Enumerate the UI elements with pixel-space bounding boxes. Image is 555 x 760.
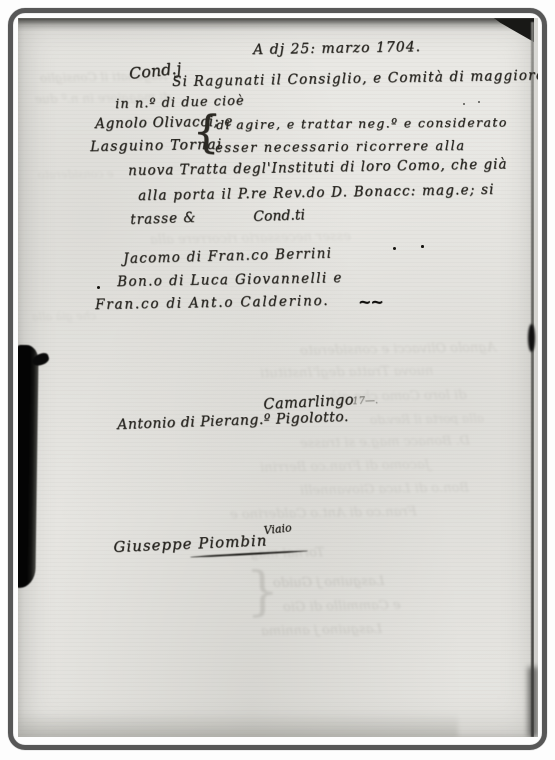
vicio-heading: Viaio — [263, 521, 292, 537]
ink-dot — [463, 103, 465, 105]
left-binding-mark — [18, 345, 39, 588]
elected-name-1: Jacomo di Fran.co Berrini — [123, 246, 332, 267]
bleedthrough-line: Fran.co di Ant.o Calderino e — [230, 504, 417, 522]
bleedthrough-line: Jacomo di Fran.co Berrini — [260, 458, 430, 476]
bleedthrough-line: e Cammillo di Gio — [283, 598, 401, 615]
ink-dot — [478, 101, 480, 103]
manuscript-scan: Ragunati il Consiglio di maggiore in n.º… — [18, 18, 538, 737]
date-heading: A dj 25: marzo 1704. — [253, 39, 421, 58]
page-right-edge-strip — [534, 18, 538, 737]
bleedthrough-line: Lasguino j Guido — [273, 574, 385, 591]
deliberant-name-2: Lasguino Tornai — [90, 137, 223, 155]
right-edge-ink-blob — [528, 324, 535, 352]
camarlingo-faint-note: 17—. — [352, 395, 378, 407]
opening-line-2: in n.º di due cioè — [115, 94, 245, 112]
bleedthrough-line: Agnolo Olivacci e considerato — [300, 340, 496, 358]
ink-dot — [393, 247, 396, 250]
cond-abbreviation-2: Cond.ti — [253, 207, 305, 225]
deliberation-cont-2: alla porta il P.re Rev.do D. Bonacc: mag… — [138, 182, 495, 204]
scan-bottom-haze — [18, 713, 458, 737]
bleedthrough-line: nuova Tratta degl'Instituti — [260, 363, 434, 381]
bleedthrough-line: D. Bonacc mag.e si trasse — [300, 434, 470, 452]
deliberation-right-1: di agire, e trattar neg.º e considerato — [216, 114, 508, 132]
bleedthrough-line: che già alla — [32, 309, 96, 323]
bleedthrough-brace: { — [245, 562, 279, 623]
opening-line-1: Si Ragunati il Consiglio, e Comità di ma… — [172, 67, 538, 90]
bleedthrough-line: alla porta il Rev.do — [370, 411, 484, 427]
camarlingo-name: Antonio di Pierang.º Pigolotto. — [117, 409, 349, 433]
ink-dot — [97, 286, 100, 289]
scan-top-shadow — [18, 18, 538, 31]
trasse-line: trasse & — [130, 210, 197, 228]
bleedthrough-line: Bon.o di Luca Giovannelli — [300, 481, 469, 499]
deliberation-right-2: esser necessario ricorrere alla — [215, 139, 466, 156]
heavy-ink-strokes: ~~ — [358, 292, 383, 311]
bleedthrough-line: Lasguino j annima — [261, 622, 382, 639]
bleedthrough-line: e considerato — [38, 167, 114, 181]
elected-name-2: Bon.o di Luca Giovannelli e — [117, 270, 343, 290]
scan-bottom-right-shadow — [528, 667, 538, 737]
elected-name-3: Fran.co di Ant.o Calderino. — [95, 293, 329, 313]
ink-dot — [421, 245, 424, 248]
deliberation-cont-1: nuova Tratta degl'Instituti di loro Como… — [128, 156, 508, 179]
